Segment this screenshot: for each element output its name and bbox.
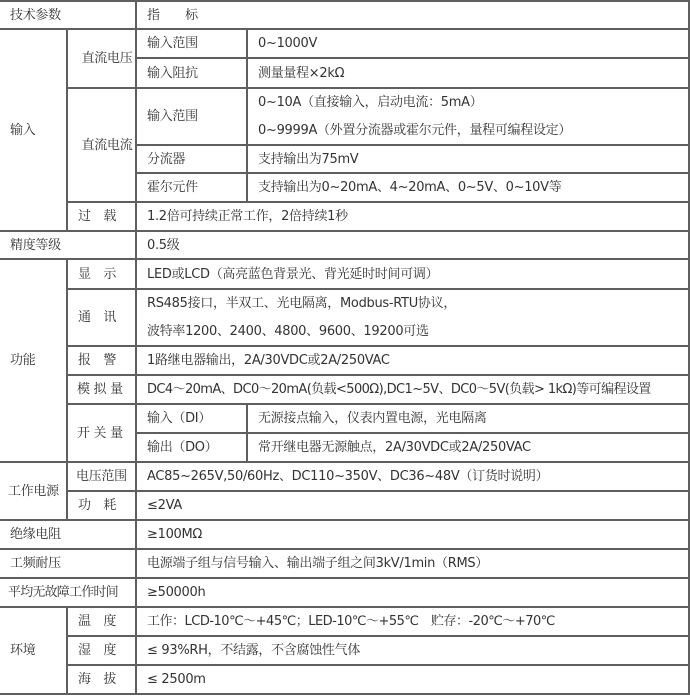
dc-current-range-line-1: 0~10A（直接输入，启动电流：5mA） [258, 89, 482, 117]
altitude-value: ≤ 2500m [137, 666, 688, 693]
altitude-label: 海 拔 [68, 666, 135, 693]
humidity-label: 湿 度 [68, 637, 135, 664]
overload-value: 1.2倍可持续正常工作，2倍持续1秒 [137, 203, 688, 230]
di-label: 输入（DI） [137, 405, 246, 432]
header-indicator: 指 标 [137, 2, 688, 28]
mtbf-value: ≥50000h [137, 579, 688, 606]
shunt-value: 支持输出为75mV [248, 146, 688, 172]
input-label: 输入 [0, 30, 66, 230]
insulation-value: ≥100MΩ [137, 521, 688, 548]
dc-current-label: 直流电流 [68, 89, 146, 201]
display-value: LED或LCD（高亮蓝色背景光、背光延时时间可调） [137, 260, 688, 288]
analog-value: DC4～20mA、DC0～20mA(负载<500Ω),DC1~5V、DC0～5V… [137, 376, 688, 403]
shunt-label: 分流器 [137, 146, 246, 172]
voltage-label: 电压范围 [68, 463, 135, 490]
do-label: 输出（DO） [137, 434, 246, 461]
function-label: 功能 [0, 260, 66, 461]
comm-value: RS485接口，半双工、光电隔离，Modbus-RTU协议， 波特率1200、2… [137, 290, 688, 345]
dc-voltage-impedance-value: 测量量程×2kΩ [248, 59, 688, 87]
accuracy-value: 0.5级 [137, 232, 688, 258]
do-value: 常开继电器无源触点，2A/30VDC或2A/250VAC [248, 434, 688, 461]
display-label: 显 示 [68, 260, 135, 288]
hall-value: 支持输出为0~20mA、4~20mA、0~5V、0~10V等 [248, 174, 688, 201]
comm-line-1: RS485接口，半双工、光电隔离，Modbus-RTU协议， [147, 290, 456, 318]
withstand-label: 工频耐压 [0, 550, 135, 577]
analog-label: 模 拟 量 [68, 376, 135, 403]
dc-voltage-impedance-label: 输入阻抗 [137, 59, 246, 87]
dc-current-range-line-2: 0~9999A（外置分流器或霍尔元件，量程可编程设定） [258, 117, 571, 145]
voltage-value: AC85~265V,50/60Hz、DC110~350V、DC36~48V（订货… [137, 463, 688, 490]
consumption-label: 功 耗 [68, 492, 135, 519]
alarm-value: 1路继电器输出，2A/30VDC或2A/250VAC [137, 347, 688, 374]
spec-table: 技术参数 指 标 输入 直流电压 输入范围 0~1000V 输入阻抗 测量量程×… [0, 0, 690, 696]
insulation-label: 绝缘电阻 [0, 521, 135, 548]
comm-line-2: 波特率1200、2400、4800、9600、19200可选 [147, 318, 429, 346]
header-param: 技术参数 [0, 2, 135, 28]
dc-voltage-range-label: 输入范围 [137, 30, 246, 57]
di-value: 无源接点输入，仪表内置电源，光电隔离 [248, 405, 688, 432]
accuracy-label: 精度等级 [0, 232, 135, 258]
dc-voltage-range-value: 0~1000V [248, 30, 688, 57]
withstand-value: 电源端子组与信号输入、输出端子组之间3kV/1min（RMS） [137, 550, 688, 577]
comm-label: 通 讯 [68, 290, 135, 345]
hall-label: 霍尔元件 [137, 174, 246, 201]
overload-label: 过 载 [68, 203, 135, 230]
consumption-value: ≤2VA [137, 492, 688, 519]
dc-current-range-label: 输入范围 [137, 89, 246, 144]
temperature-value: 工作：LCD-10℃～+45℃；LED-10℃～+55℃ 贮存：-20℃～+70… [137, 608, 688, 635]
environment-label: 环境 [0, 608, 66, 693]
power-label: 工作电源 [0, 463, 66, 519]
switch-label: 开 关 量 [68, 405, 135, 461]
alarm-label: 报 警 [68, 347, 135, 374]
humidity-value: ≤ 93%RH，不结露，不含腐蚀性气体 [137, 637, 688, 664]
dc-voltage-label: 直流电压 [68, 30, 146, 87]
temperature-label: 温 度 [68, 608, 135, 635]
dc-current-range-value: 0~10A（直接输入，启动电流：5mA） 0~9999A（外置分流器或霍尔元件，… [248, 89, 688, 144]
row-divider [0, 693, 690, 695]
mtbf-label: 平均无故障工作时间 [0, 579, 135, 606]
